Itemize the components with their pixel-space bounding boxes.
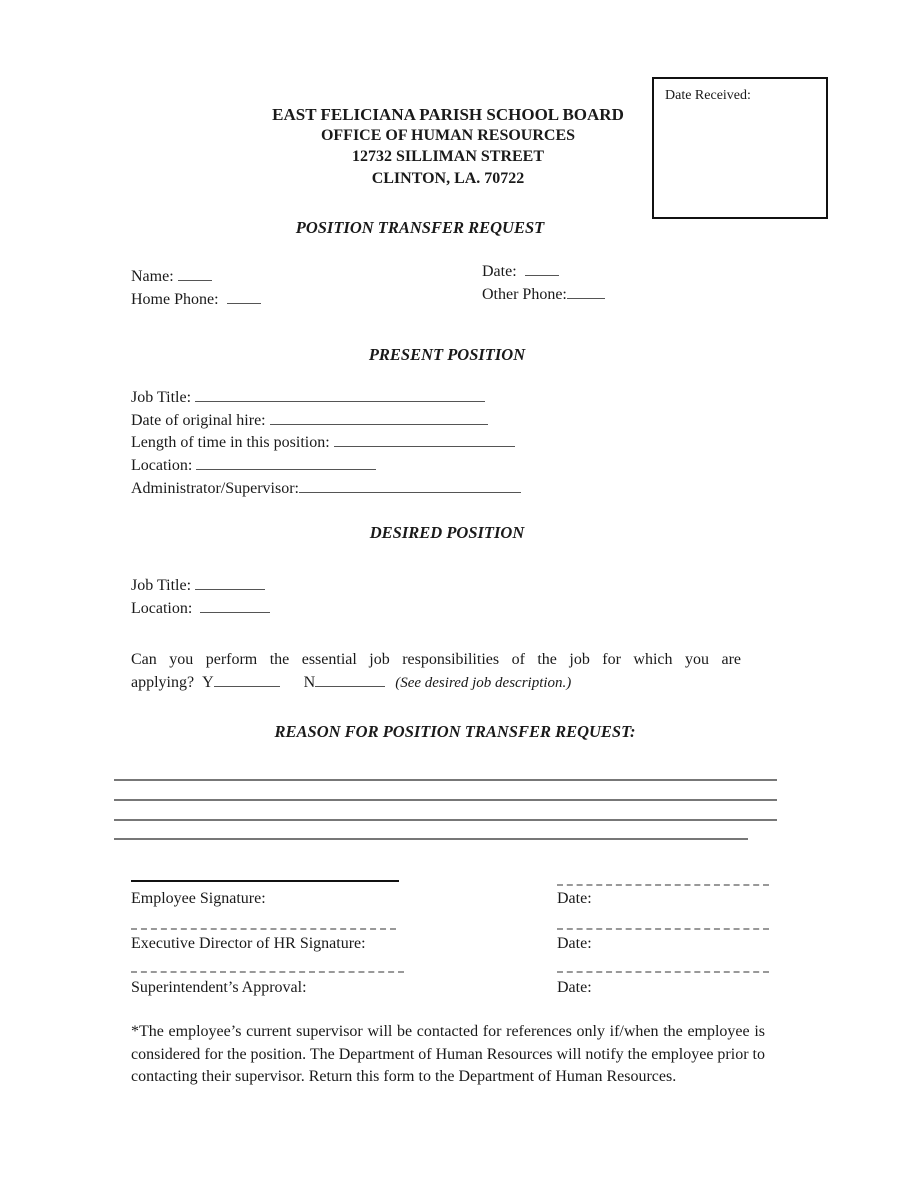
employee-signature-label: Employee Signature:: [131, 890, 266, 908]
other-phone-field[interactable]: Other Phone:: [482, 286, 605, 304]
present-location-label: Location:: [131, 457, 192, 474]
present-job-title-label: Job Title:: [131, 389, 191, 406]
present-location-field[interactable]: Location:: [131, 457, 376, 475]
desired-job-title-blank[interactable]: [195, 588, 265, 590]
superintendent-date-label: Date:: [557, 979, 592, 997]
reason-heading: REASON FOR POSITION TRANSFER REQUEST:: [0, 722, 900, 742]
name-blank[interactable]: [178, 279, 212, 281]
other-phone-blank[interactable]: [567, 297, 605, 299]
essential-duties-answer-row: applying? Y N (See desired job descripti…: [131, 674, 571, 692]
present-job-title-blank[interactable]: [195, 400, 485, 402]
home-phone-blank[interactable]: [227, 302, 261, 304]
superintendent-date-line[interactable]: [557, 971, 769, 973]
reason-line-4[interactable]: [114, 838, 748, 840]
present-location-blank[interactable]: [196, 468, 376, 470]
original-hire-label: Date of original hire:: [131, 412, 266, 429]
job-description-note: (See desired job description.): [395, 675, 571, 691]
other-phone-label: Other Phone:: [482, 286, 567, 303]
yes-label: Y: [202, 674, 214, 691]
date-received-label: Date Received:: [665, 88, 751, 104]
form-title: POSITION TRANSFER REQUEST: [0, 218, 840, 238]
hr-director-signature-label: Executive Director of HR Signature:: [131, 935, 366, 953]
footnote: *The employee’s current supervisor will …: [131, 1021, 765, 1089]
reason-line-2[interactable]: [114, 799, 777, 801]
employee-date-label: Date:: [557, 890, 592, 908]
employee-signature-line[interactable]: [131, 880, 399, 882]
supervisor-label: Administrator/Supervisor:: [131, 480, 299, 497]
applying-label: applying?: [131, 674, 194, 691]
no-blank[interactable]: [315, 685, 385, 687]
supervisor-field[interactable]: Administrator/Supervisor:: [131, 480, 521, 498]
superintendent-signature-line[interactable]: [131, 971, 404, 973]
yes-blank[interactable]: [214, 685, 280, 687]
date-field[interactable]: Date:: [482, 263, 559, 281]
home-phone-field[interactable]: Home Phone:: [131, 291, 261, 309]
no-label: N: [304, 674, 316, 691]
present-position-heading: PRESENT POSITION: [0, 345, 894, 365]
name-field[interactable]: Name:: [131, 268, 212, 286]
essential-duties-question: Can you perform the essential job respon…: [131, 651, 741, 669]
length-in-position-label: Length of time in this position:: [131, 434, 330, 451]
hr-director-date-label: Date:: [557, 935, 592, 953]
original-hire-blank[interactable]: [270, 423, 488, 425]
hr-director-signature-line[interactable]: [131, 928, 396, 930]
desired-location-label: Location:: [131, 600, 192, 617]
desired-location-blank[interactable]: [200, 611, 270, 613]
home-phone-label: Home Phone:: [131, 291, 219, 308]
hr-director-date-line[interactable]: [557, 928, 769, 930]
date-received-box[interactable]: Date Received:: [652, 77, 828, 219]
desired-location-field[interactable]: Location:: [131, 600, 270, 618]
reason-line-3[interactable]: [114, 819, 777, 821]
length-in-position-field[interactable]: Length of time in this position:: [131, 434, 515, 452]
desired-position-heading: DESIRED POSITION: [0, 523, 894, 543]
date-label: Date:: [482, 263, 517, 280]
supervisor-blank[interactable]: [299, 491, 521, 493]
name-label: Name:: [131, 268, 174, 285]
date-blank[interactable]: [525, 274, 559, 276]
present-job-title-field[interactable]: Job Title:: [131, 389, 485, 407]
original-hire-field[interactable]: Date of original hire:: [131, 412, 488, 430]
reason-line-1[interactable]: [114, 779, 777, 781]
superintendent-approval-label: Superintendent’s Approval:: [131, 979, 307, 997]
length-in-position-blank[interactable]: [334, 445, 515, 447]
desired-job-title-label: Job Title:: [131, 577, 191, 594]
desired-job-title-field[interactable]: Job Title:: [131, 577, 265, 595]
employee-date-line[interactable]: [557, 884, 769, 886]
